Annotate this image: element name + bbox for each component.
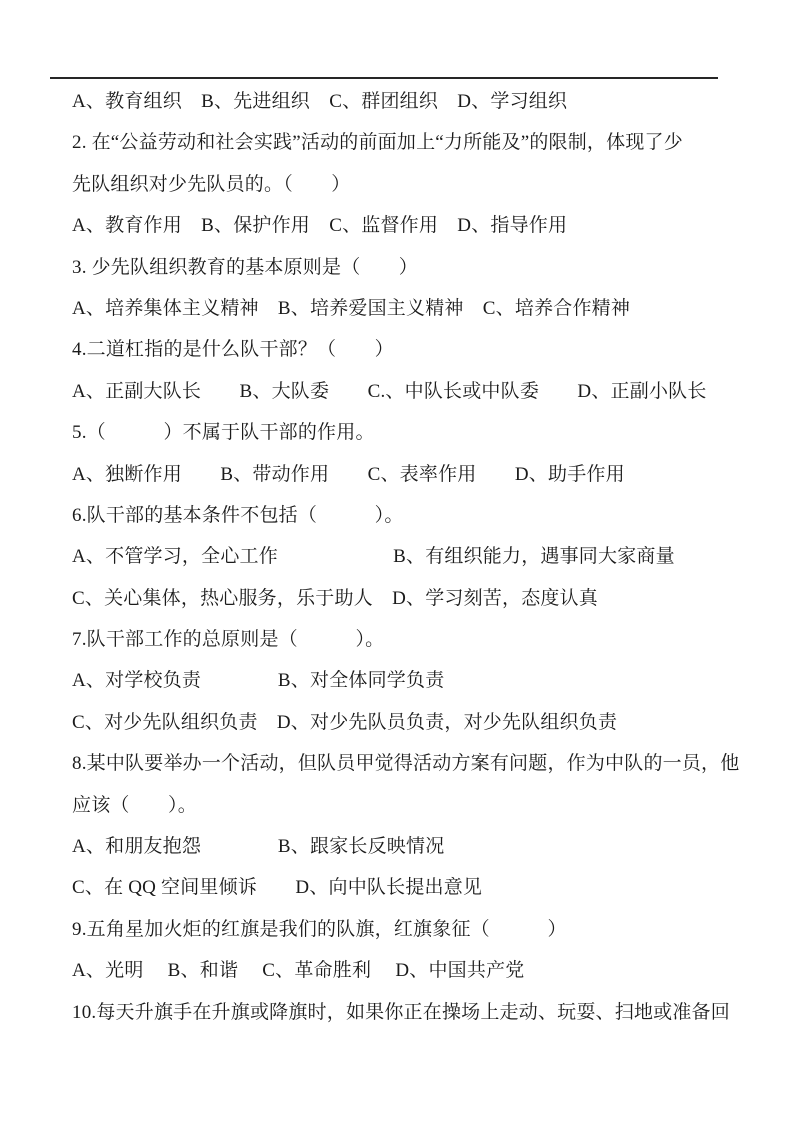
question-2-options: A、教育作用 B、保护作用 C、监督作用 D、指导作用 (72, 205, 732, 246)
question-10-stem-line-1: 10.每天升旗手在升旗或降旗时，如果你正在操场上走动、玩耍、扫地或准备回 (72, 992, 732, 1033)
question-2-stem-line-2: 先队组织对少先队员的。（ ） (72, 164, 732, 205)
question-9-stem: 9.五角星加火炬的红旗是我们的队旗，红旗象征（ ） (72, 909, 732, 950)
question-1-options: A、教育组织 B、先进组织 C、群团组织 D、学习组织 (72, 81, 732, 122)
question-8-stem-line-1: 8.某中队要举办一个活动，但队员甲觉得活动方案有问题，作为中队的一员，他 (72, 743, 732, 784)
question-7-options-ab: A、对学校负责 B、对全体同学负责 (72, 660, 732, 701)
question-4-options: A、正副大队长 B、大队委 C.、中队长或中队委 D、正副小队长 (72, 371, 732, 412)
document-page: A、教育组织 B、先进组织 C、群团组织 D、学习组织 2. 在“公益劳动和社会… (0, 0, 793, 1122)
question-6-options-ab: A、不管学习，全心工作 B、有组织能力，遇事同大家商量 (72, 536, 732, 577)
question-3-stem: 3. 少先队组织教育的基本原则是（ ） (72, 247, 732, 288)
question-2-stem-line-1: 2. 在“公益劳动和社会实践”活动的前面加上“力所能及”的限制，体现了少 (72, 122, 732, 163)
question-4-stem: 4.二道杠指的是什么队干部？（ ） (72, 329, 732, 370)
header-divider (50, 77, 718, 79)
question-3-options: A、培养集体主义精神 B、培养爱国主义精神 C、培养合作精神 (72, 288, 732, 329)
quiz-text-block: A、教育组织 B、先进组织 C、群团组织 D、学习组织 2. 在“公益劳动和社会… (72, 81, 732, 1033)
question-5-stem: 5.（ ）不属于队干部的作用。 (72, 412, 732, 453)
question-8-options-cd: C、在 QQ 空间里倾诉 D、向中队长提出意见 (72, 867, 732, 908)
question-7-options-cd: C、对少先队组织负责 D、对少先队员负责，对少先队组织负责 (72, 702, 732, 743)
question-7-stem: 7.队干部工作的总原则是（ ）。 (72, 619, 732, 660)
question-9-options: A、光明 B、和谐 C、革命胜利 D、中国共产党 (72, 950, 732, 991)
question-5-options: A、独断作用 B、带动作用 C、表率作用 D、助手作用 (72, 454, 732, 495)
question-6-stem: 6.队干部的基本条件不包括（ ）。 (72, 495, 732, 536)
question-8-stem-line-2: 应该（ ）。 (72, 785, 732, 826)
question-8-options-ab: A、和朋友抱怨 B、跟家长反映情况 (72, 826, 732, 867)
question-6-options-cd: C、关心集体，热心服务，乐于助人 D、学习刻苦，态度认真 (72, 578, 732, 619)
